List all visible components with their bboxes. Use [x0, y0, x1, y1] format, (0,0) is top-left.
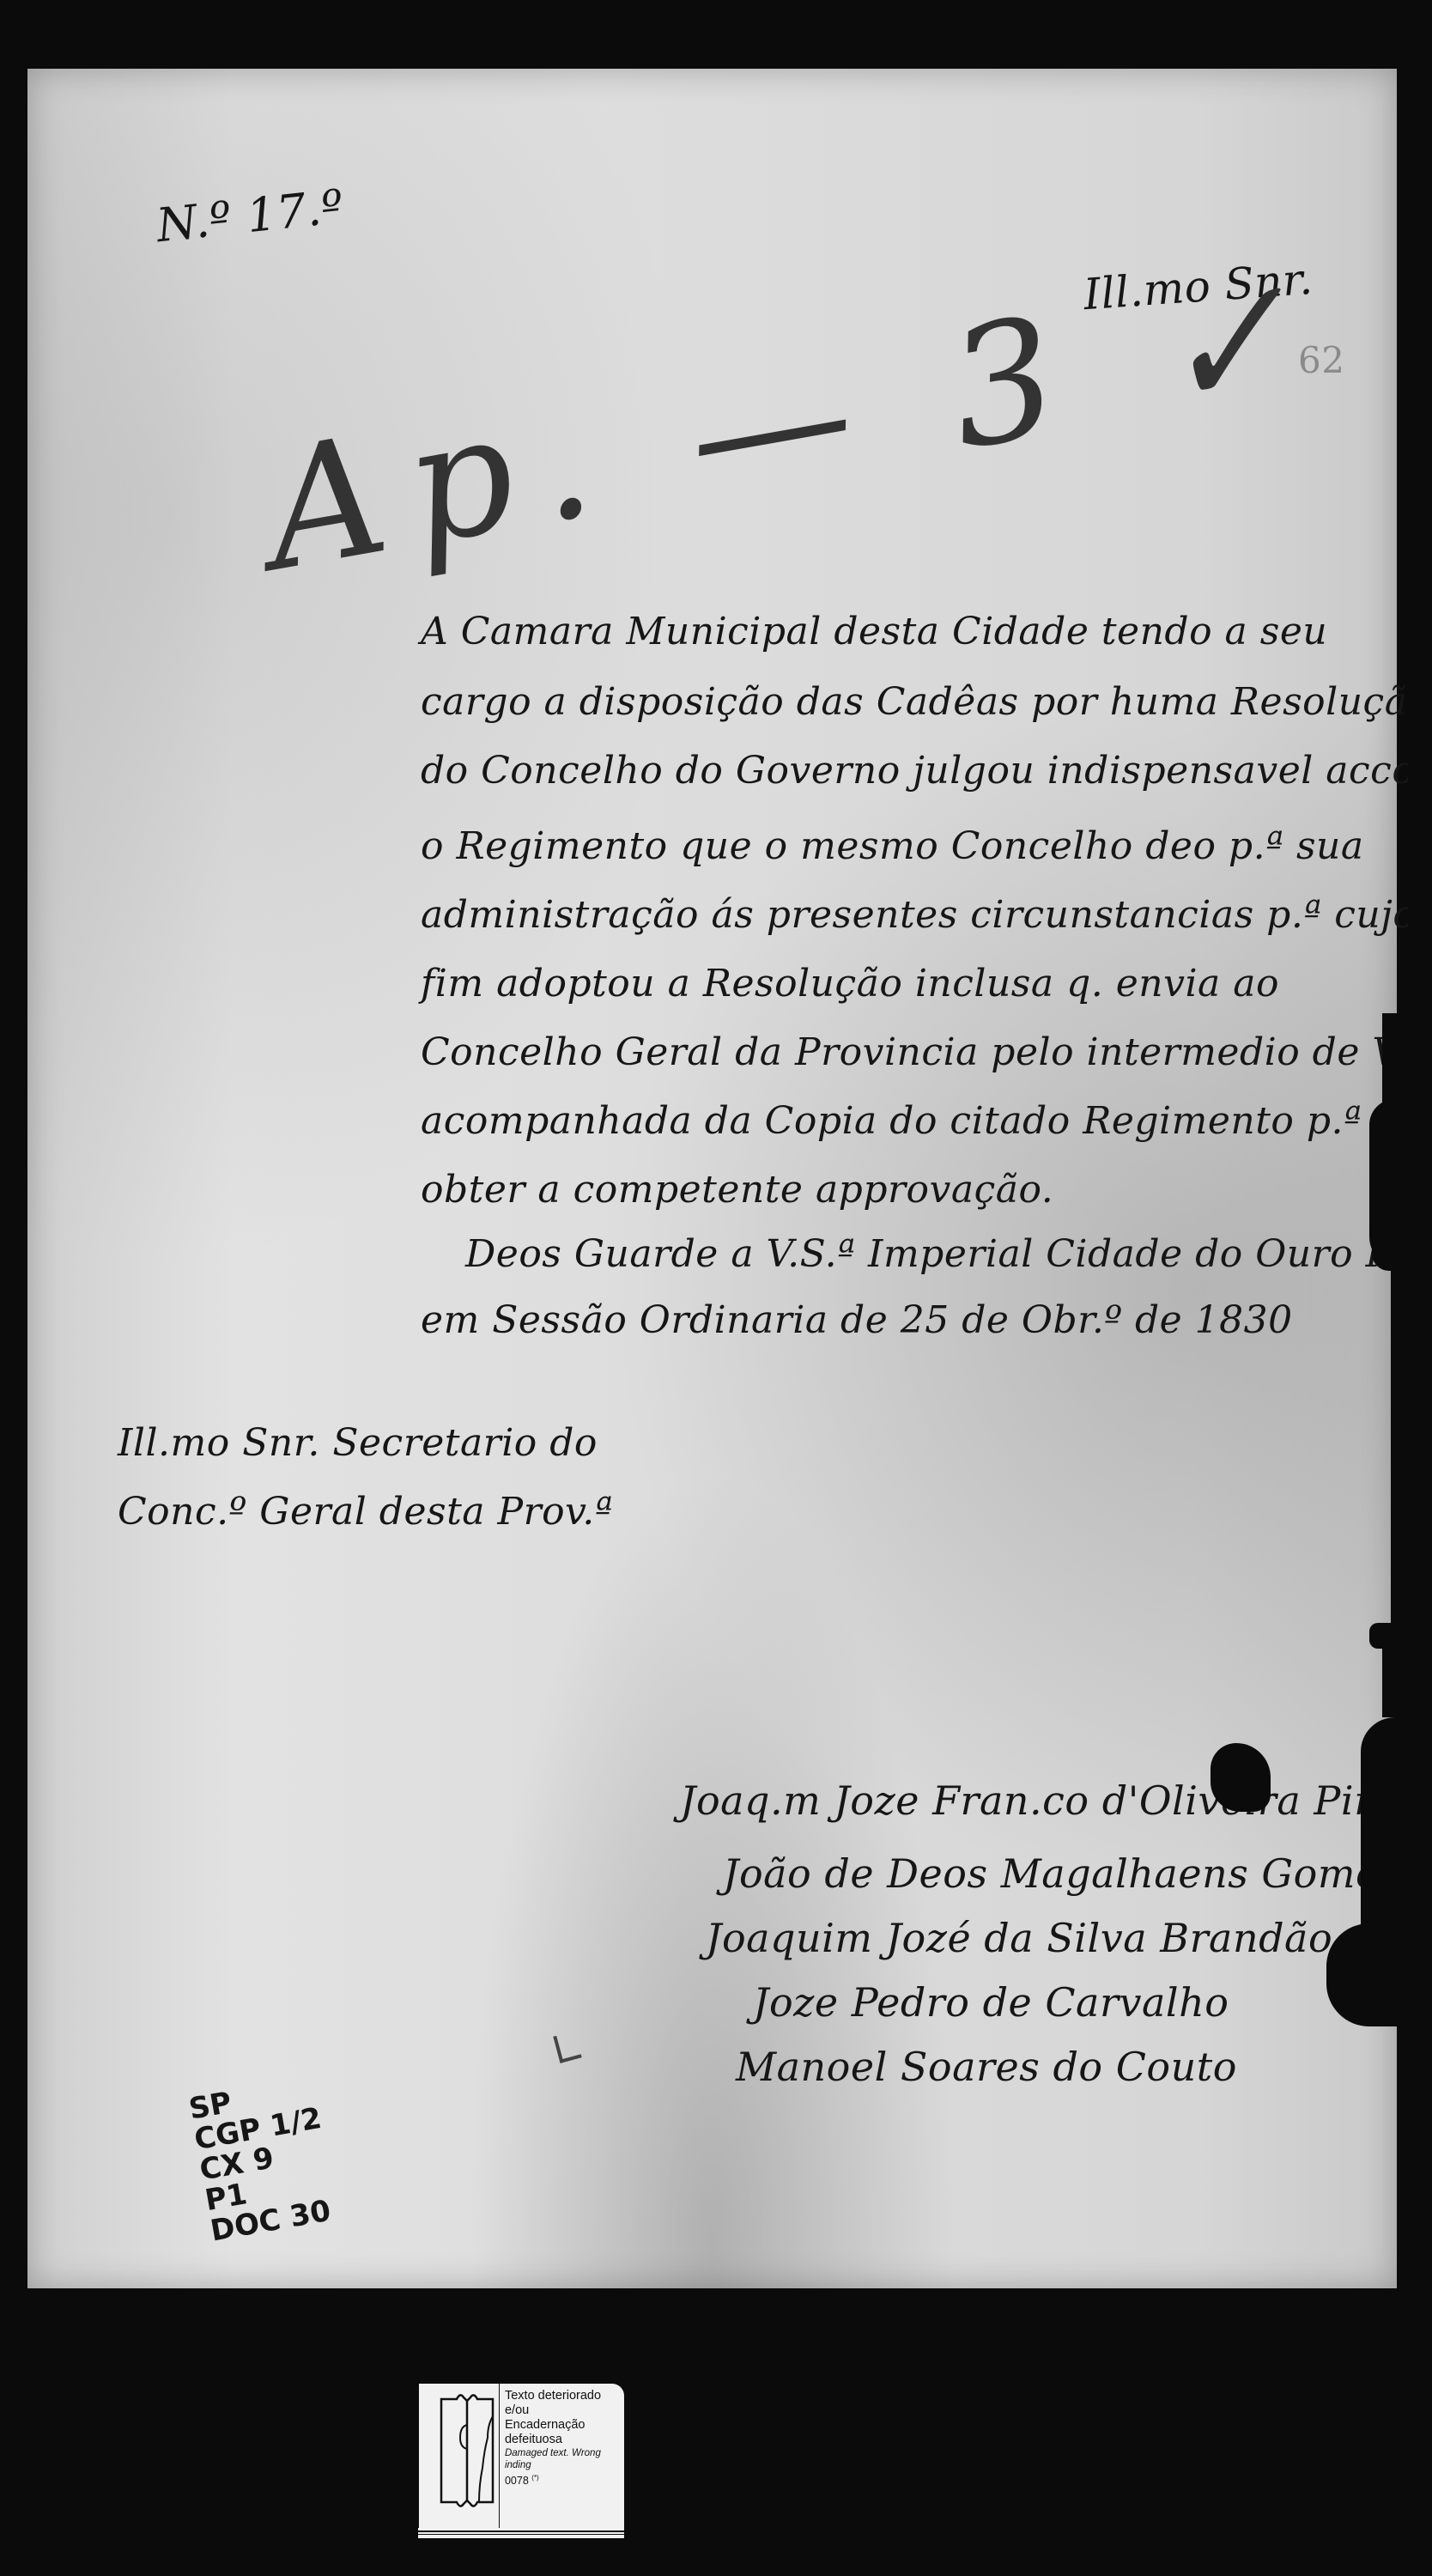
signature: Joaquim Jozé da Silva Brandão	[706, 1915, 1332, 1961]
body-line: Concelho Geral da Provincia pelo interme…	[421, 1030, 1432, 1074]
damaged-edge	[1211, 1743, 1271, 1812]
closing-line: Deos Guarde a V.S.ª Imperial Cidade do O…	[465, 1232, 1432, 1276]
closing-line: em Sessão Ordinaria de 25 de Obr.º de 18…	[421, 1298, 1293, 1342]
label-line-en: Damaged text. Wrong inding	[505, 2447, 624, 2471]
damaged-book-icon	[440, 2391, 495, 2511]
body-line: A Camara Municipal desta Cidade tendo a …	[421, 610, 1327, 653]
body-line: acompanhada da Copia do citado Regimento…	[421, 1099, 1362, 1143]
signature: João de Deos Magalhaens Gomes	[723, 1850, 1400, 1897]
body-line: administração ás presentes circunstancia…	[421, 893, 1416, 937]
document-number: N.º 17.º	[154, 179, 346, 253]
despacho-mark: Ap. — 3 ✓	[251, 235, 1332, 607]
archive-reference: SP CGP 1/2 CX 9 P1 DOC 30	[187, 2072, 340, 2246]
label-code: 0078 (*)	[505, 2471, 624, 2488]
addressee-line: Conc.º Geral desta Prov.ª	[118, 1490, 613, 1534]
body-line: cargo a disposição das Cadêas por huma R…	[421, 680, 1430, 724]
label-line-pt-2: Encadernação defeituosa	[505, 2418, 624, 2447]
damaged-edge	[1408, 69, 1432, 2301]
signature: Manoel Soares do Couto	[736, 2044, 1237, 2090]
damaged-edge	[1372, 1219, 1406, 1271]
document-page: N.º 17.º Ill.mo Snr. 62 Ap. — 3 ✓ A Cama…	[27, 69, 1397, 2288]
body-line: o Regimento que o mesmo Concelho deo p.ª…	[421, 824, 1364, 868]
signature: Joaq.m Joze Fran.co d'Oliveira Pinto	[680, 1777, 1420, 1824]
label-line-pt-1: Texto deteriorado e/ou	[505, 2389, 624, 2418]
addressee-line: Ill.mo Snr. Secretario do	[118, 1421, 598, 1465]
body-line: fim adoptou a Resolução inclusa q. envia…	[421, 962, 1279, 1005]
signature: Joze Pedro de Carvalho	[753, 1979, 1229, 2026]
body-line: do Concelho do Governo julgou indispensa…	[421, 749, 1432, 793]
label-text: Texto deteriorado e/ou Encadernação defe…	[500, 2384, 624, 2538]
microfilm-label: Texto deteriorado e/ou Encadernação defe…	[418, 2384, 624, 2538]
label-code-number: 0078	[505, 2475, 529, 2487]
body-line: obter a competente approvação.	[421, 1168, 1053, 1212]
label-bottom-rule	[418, 2530, 624, 2535]
label-code-note: (*)	[531, 2474, 538, 2482]
